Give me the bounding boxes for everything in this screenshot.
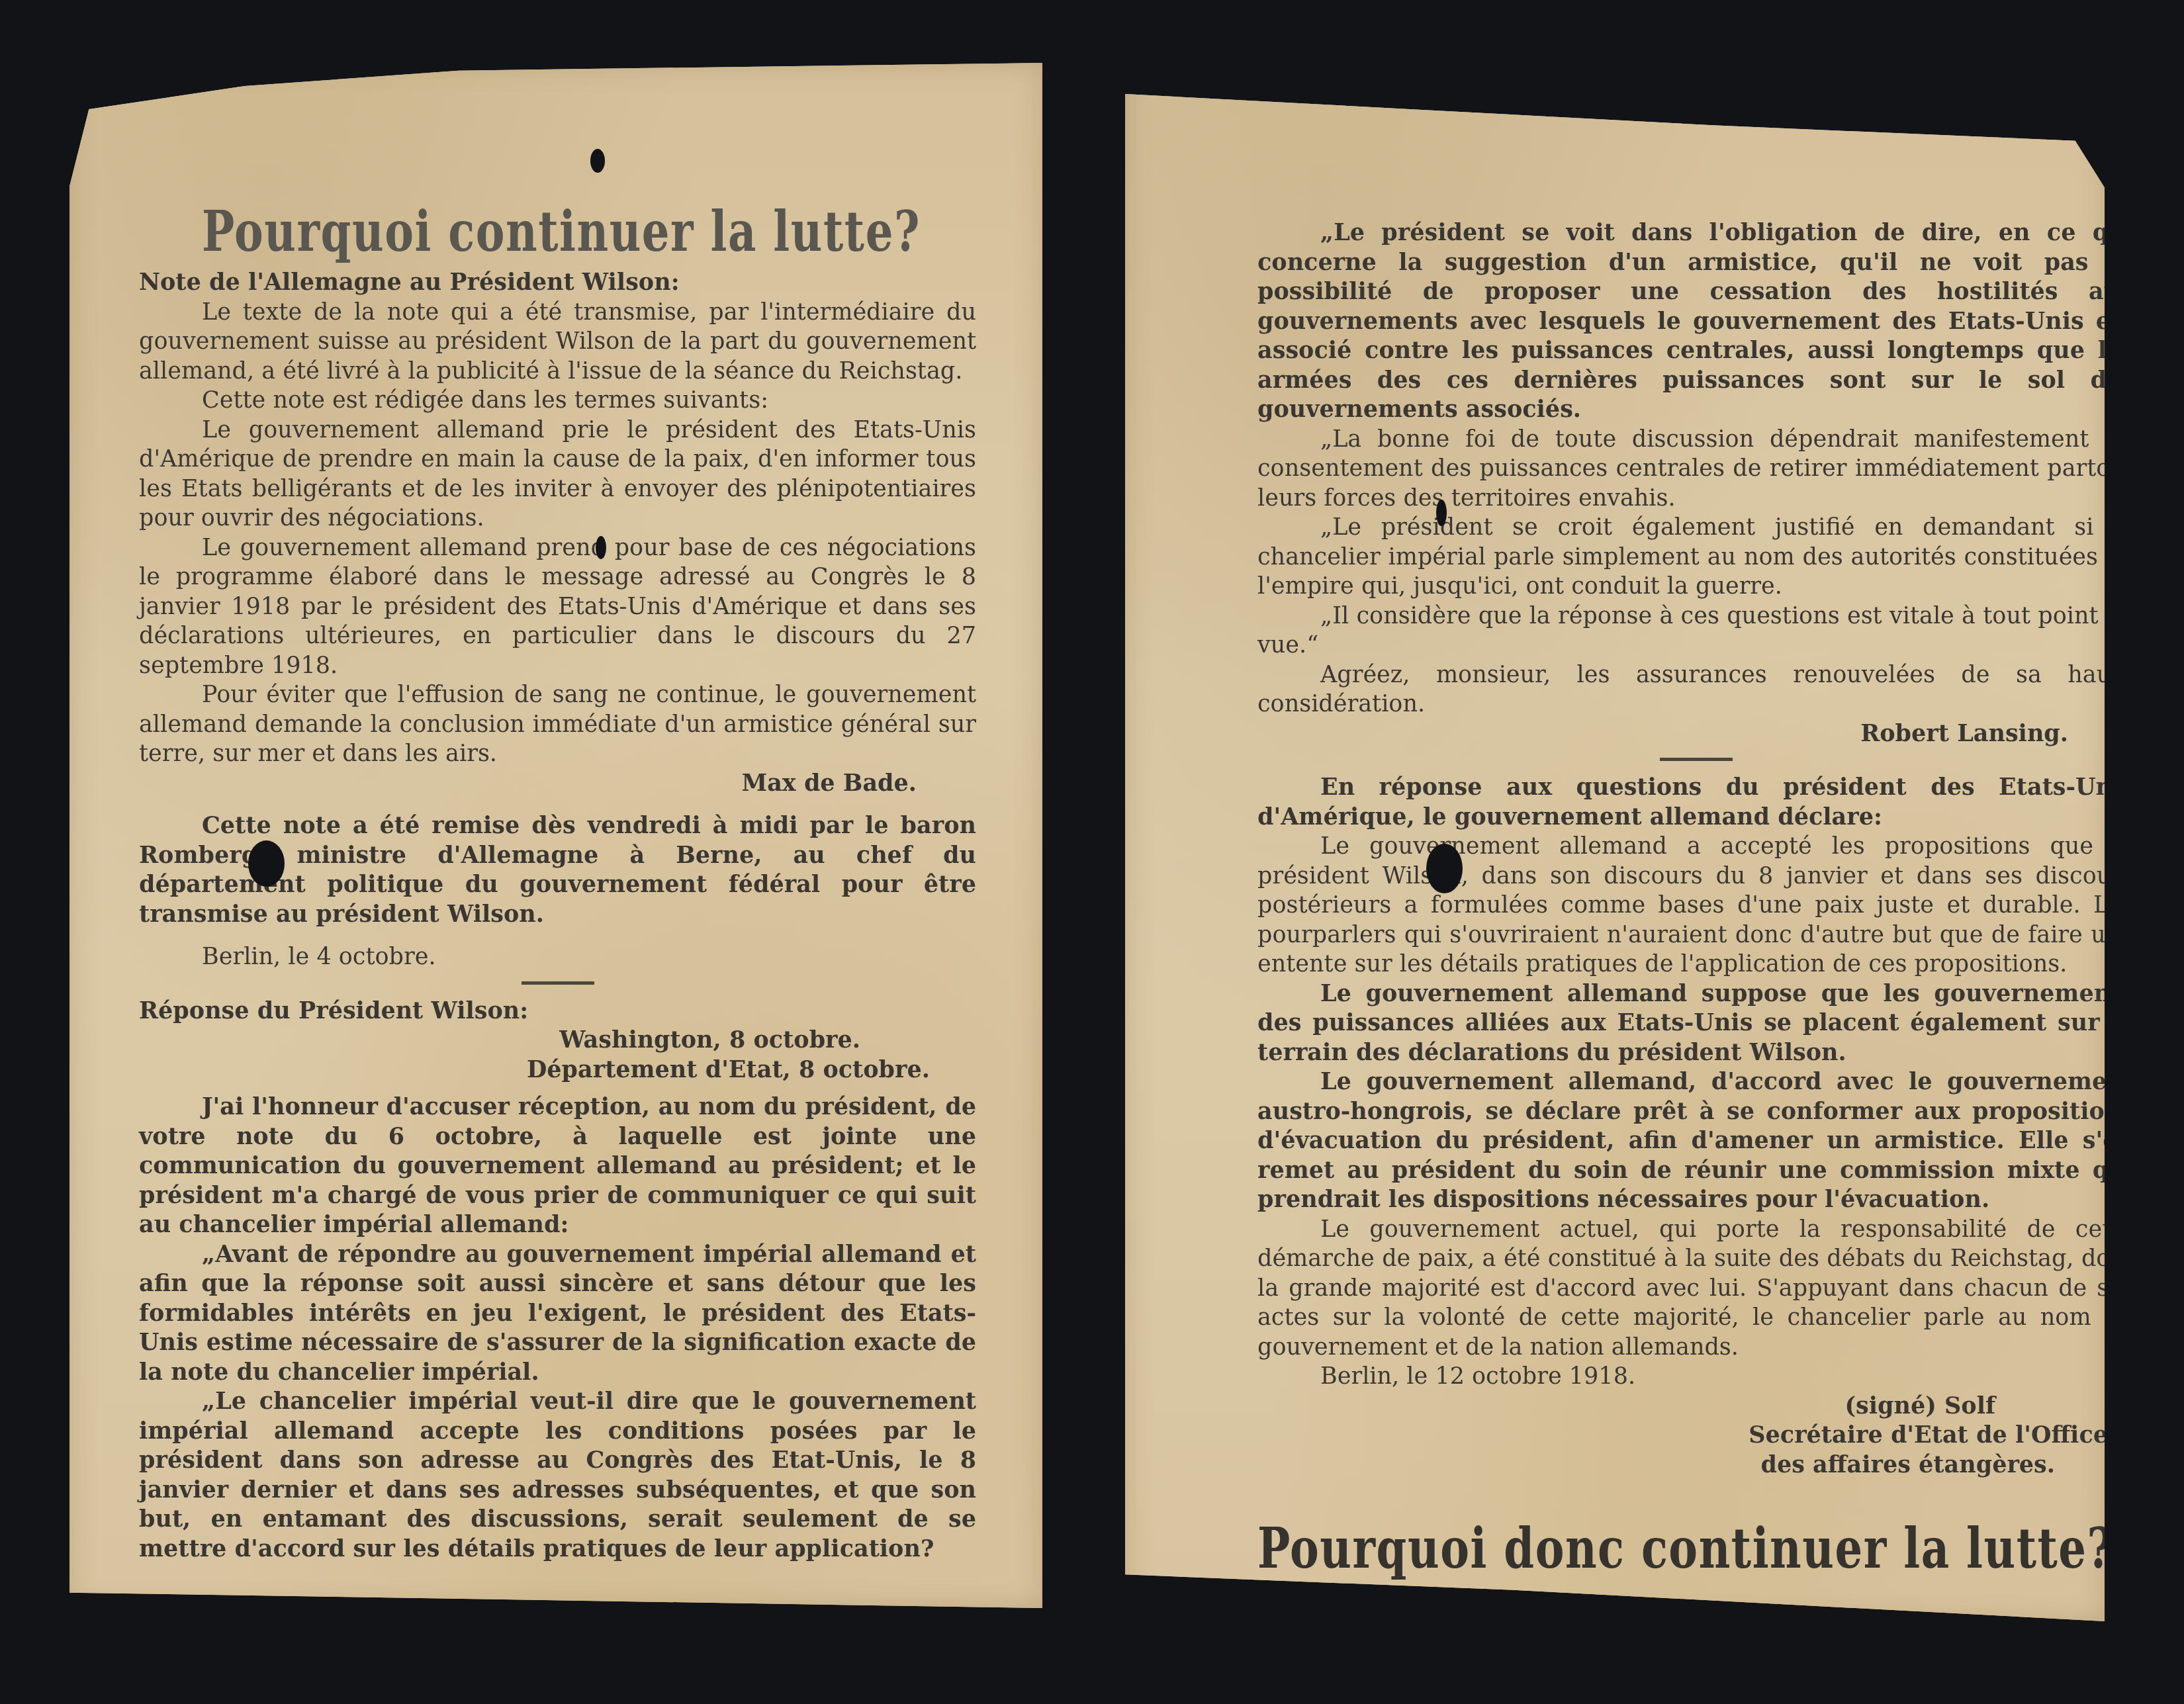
paragraph: Le gouvernement allemand, d'accord avec … — [1257, 1067, 2134, 1215]
signature-solf-title-1: Secrétaire d'Etat de l'Office — [1257, 1421, 2134, 1451]
hole-mark — [248, 840, 285, 887]
paragraph: Cette note est rédigée dans les termes s… — [139, 386, 976, 416]
paragraph: „La bonne foi de toute discussion dépend… — [1257, 425, 2134, 514]
section-heading-note: Note de l'Allemagne au Président Wilson: — [139, 268, 976, 298]
hole-mark — [1426, 844, 1463, 893]
paragraph: J'ai l'honneur d'accuser réception, au n… — [139, 1093, 976, 1240]
left-leaflet-page: Pourquoi continuer la lutte? Note de l'A… — [69, 63, 1042, 1608]
separator-rule — [522, 981, 594, 985]
signature-max-de-bade: Max de Bade. — [139, 769, 976, 799]
separator-rule — [1660, 758, 1733, 761]
hole-mark — [596, 536, 606, 559]
dateline-washington: Washington, 8 octobre. — [139, 1026, 976, 1055]
dateline-departement: Département d'Etat, 8 octobre. — [139, 1055, 976, 1085]
paragraph: Le gouvernement allemand a accepté les p… — [1257, 832, 2134, 979]
paragraph: Pour éviter que l'effusion de sang ne co… — [139, 680, 976, 769]
signature-robert-lansing: Robert Lansing. — [1257, 719, 2134, 749]
paragraph: Le gouvernement allemand prend pour base… — [139, 533, 976, 681]
signature-solf-title-2: des affaires étangères. — [1257, 1451, 2134, 1480]
paragraph: Le gouvernement allemand suppose que les… — [1257, 979, 2134, 1068]
paragraph: „Le président se voit dans l'obligation … — [1257, 218, 2134, 425]
paragraph: Le gouvernement allemand prie le préside… — [139, 416, 976, 533]
right-leaflet-page: „Le président se voit dans l'obligation … — [1125, 63, 2105, 1621]
paragraph: „Avant de répondre au gouvernement impér… — [139, 1240, 976, 1388]
dateline: Berlin, le 12 octobre 1918. — [1257, 1362, 2134, 1392]
paragraph: „Le chancelier impérial veut-il dire que… — [139, 1387, 976, 1564]
paragraph: „Le président se croit également justifi… — [1257, 513, 2134, 602]
dateline: Berlin, le 4 octobre. — [139, 942, 976, 972]
paragraph: „Il considère que la réponse à ces quest… — [1257, 602, 2134, 660]
signature-solf: (signé) Solf — [1257, 1392, 2134, 1421]
hole-mark — [1436, 500, 1447, 526]
footer-title: Pourquoi donc continuer la lutte? — [1257, 1515, 2114, 1581]
hole-mark — [590, 149, 605, 173]
section-intro: En réponse aux questions du président de… — [1257, 773, 2134, 832]
paragraph: Le texte de la note qui a été transmise,… — [139, 298, 976, 386]
page-title: Pourquoi continuer la lutte? — [202, 199, 921, 264]
section-heading-reponse: Réponse du Président Wilson: — [139, 997, 976, 1026]
right-text-body: „Le président se voit dans l'obligation … — [1257, 218, 2134, 1480]
paragraph: Le gouvernement actuel, qui porte la res… — [1257, 1215, 2134, 1363]
left-text-body: Note de l'Allemagne au Président Wilson:… — [139, 268, 976, 1564]
paragraph: Agréez, monsieur, les assurances renouve… — [1257, 660, 2134, 719]
